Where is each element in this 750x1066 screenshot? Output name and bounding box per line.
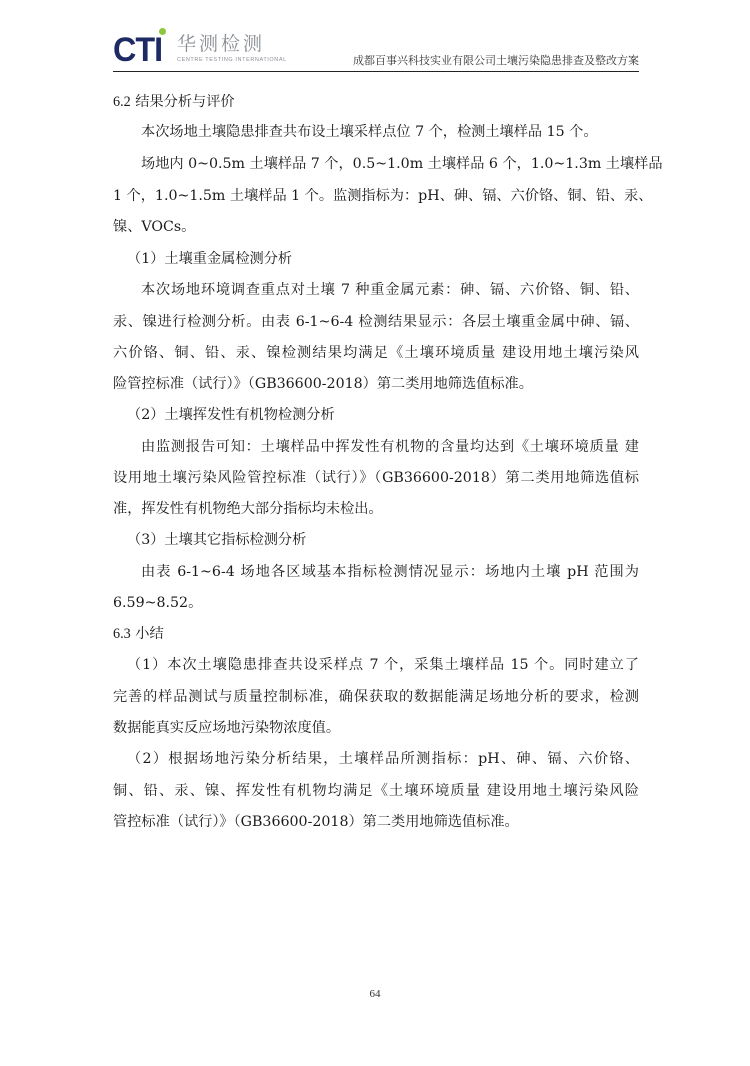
paragraph-line: 场地内 0~0.5m 土壤样品 7 个，0.5~1.0m 土壤样品 6 个，1.… <box>141 154 639 174</box>
paragraph-line: 铜、铅、汞、镍、挥发性有机物均满足《土壤环境质量 建设用地土壤污染风险 <box>113 781 639 801</box>
paragraph-line: 镍、VOCs。 <box>113 217 195 237</box>
paragraph-line: 数据能真实反应场地污染物浓度值。 <box>113 718 340 738</box>
paragraph-line: 由表 6-1~6-4 场地各区域基本指标检测情况显示：场地内土壤 pH 范围为 <box>141 562 639 582</box>
paragraph-line: 设用地土壤污染风险管控标准（试行）》（GB36600-2018）第二类用地筛选值… <box>113 468 639 488</box>
section-number: 6.3 <box>113 626 131 642</box>
paragraph-line: 六价铬、铜、铅、汞、镍检测结果均满足《土壤环境质量 建设用地土壤污染风 <box>113 343 639 363</box>
section-heading-6-2: 6.2 结果分析与评价 <box>113 92 235 112</box>
subsection-heading-1: （1）土壤重金属检测分析 <box>127 249 292 269</box>
paragraph-line: 准，挥发性有机物绝大部分指标均未检出。 <box>113 499 383 519</box>
paragraph-line: 完善的样品测试与质量控制标准，确保获取的数据能满足场地分析的要求，检测 <box>113 687 639 707</box>
paragraph-line: 汞、镍进行检测分析。由表 6-1~6-4 检测结果显示：各层土壤重金属中砷、镉、 <box>113 312 639 332</box>
subsection-heading-2: （2）土壤挥发性有机物检测分析 <box>127 405 335 425</box>
paragraph-line: （1）本次土壤隐患排查共设采样点 7 个，采集土壤样品 15 个。同时建立了 <box>127 655 639 675</box>
header-divider <box>113 71 639 72</box>
page-header: CTI 华测检测 CENTRE TESTING INTERNATIONAL 成都… <box>113 24 639 72</box>
logo-cti-text: CTI <box>113 30 162 70</box>
paragraph-line: 管控标准（试行）》（GB36600-2018）第二类用地筛选值标准。 <box>113 812 519 832</box>
subsection-heading-3: （3）土壤其它指标检测分析 <box>127 530 306 550</box>
section-heading-6-3: 6.3 小结 <box>113 624 164 644</box>
section-number: 6.2 <box>113 94 131 110</box>
document-title: 成都百事兴科技实业有限公司土壤污染隐患排查及整改方案 <box>353 52 639 68</box>
document-page: CTI 华测检测 CENTRE TESTING INTERNATIONAL 成都… <box>0 0 750 1066</box>
paragraph-line: （2）根据场地污染分析结果，土壤样品所测指标：pH、砷、镉、六价铬、 <box>127 749 639 769</box>
paragraph-line: 本次场地土壤隐患排查共布设土壤采样点位 7 个，检测土壤样品 15 个。 <box>141 122 598 142</box>
logo-chinese-name: 华测检测 <box>177 32 265 56</box>
section-title: 小结 <box>135 626 163 642</box>
paragraph-line: 险管控标准（试行）》（GB36600-2018）第二类用地筛选值标准。 <box>113 374 533 394</box>
paragraph-line: 1 个，1.0~1.5m 土壤样品 1 个。监测指标为：pH、砷、镉、六价铬、铜… <box>113 186 639 206</box>
section-title: 结果分析与评价 <box>135 94 234 110</box>
logo-dot-icon <box>159 28 166 35</box>
paragraph-line: 本次场地环境调查重点对土壤 7 种重金属元素：砷、镉、六价铬、铜、铅、 <box>141 280 639 300</box>
paragraph-line: 6.59~8.52。 <box>113 593 202 613</box>
page-number: 64 <box>0 988 750 1000</box>
logo-english-name: CENTRE TESTING INTERNATIONAL <box>177 57 287 63</box>
paragraph-line: 由监测报告可知：土壤样品中挥发性有机物的含量均达到《土壤环境质量 建 <box>141 437 639 457</box>
